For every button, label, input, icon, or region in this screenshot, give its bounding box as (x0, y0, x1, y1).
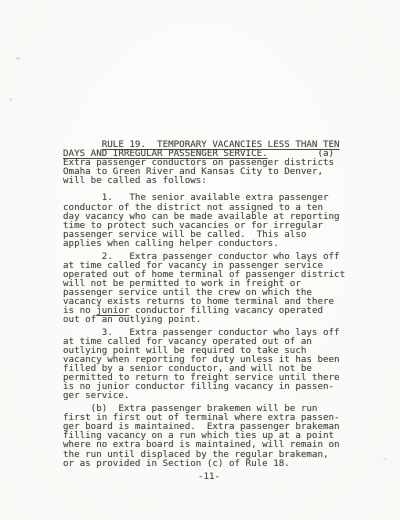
paragraph-b: (b) Extra passenger brakemen will be run… (63, 404, 355, 468)
paragraph-2: 2. Extra passenger conductor who lays of… (63, 252, 355, 325)
rule-19-heading: RULE 19. TEMPORARY VACANCIES LESS THAN T… (63, 140, 355, 185)
paragraph-3: 3. Extra passenger conductor who lays of… (63, 328, 355, 401)
scan-speckle (9, 98, 12, 101)
scan-speckle (383, 458, 387, 460)
paragraph-1: 1. The senior available extra passenger … (63, 193, 355, 248)
heading-intro-text: Extra passenger conductors on passenger … (63, 157, 334, 186)
document-text: RULE 19. TEMPORARY VACANCIES LESS THAN T… (63, 140, 355, 481)
document-page: RULE 19. TEMPORARY VACANCIES LESS THAN T… (0, 0, 400, 520)
scan-speckle (16, 57, 20, 60)
page-number: -11- (63, 472, 355, 481)
